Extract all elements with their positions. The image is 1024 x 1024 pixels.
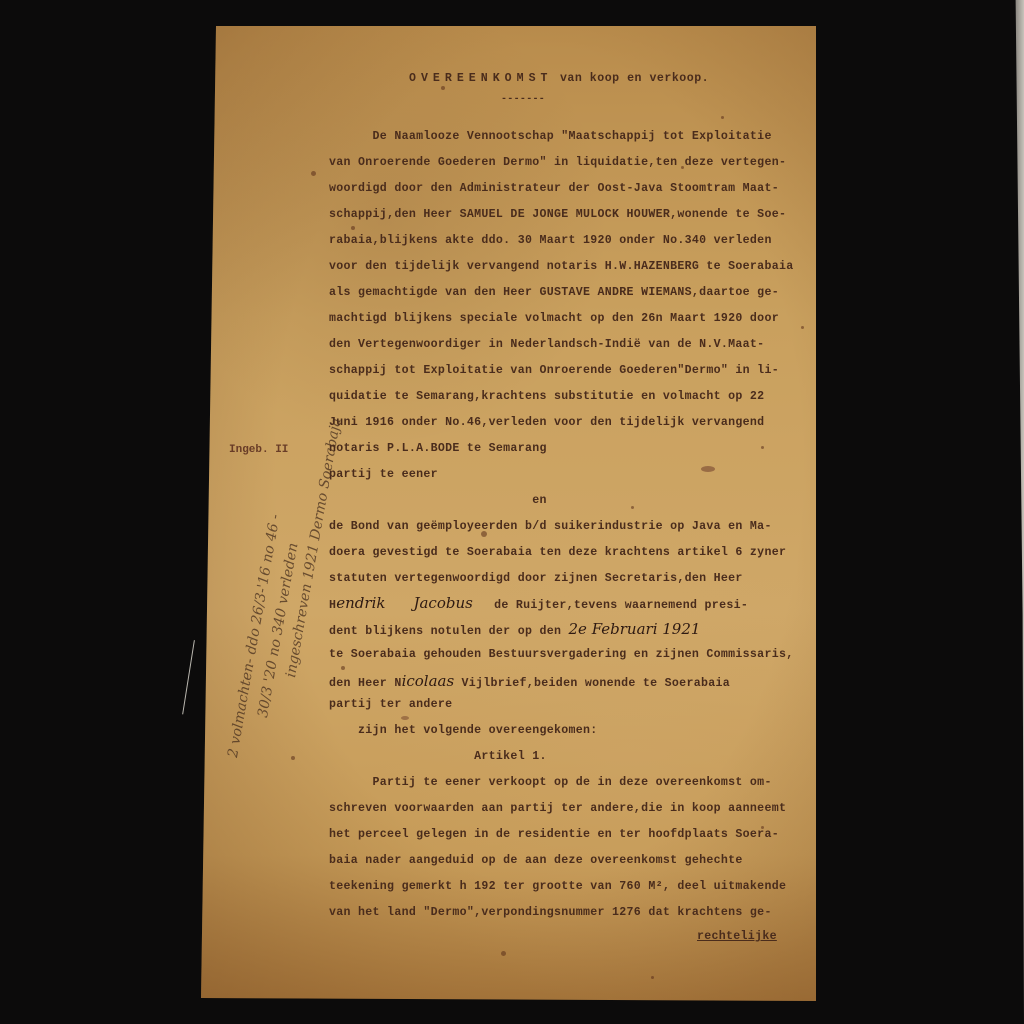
text-line: partij ter andere xyxy=(329,698,452,711)
text-line: zijn het volgende overeengekomen: xyxy=(329,724,598,737)
article-heading: Artikel 1. xyxy=(329,750,547,763)
text-line: de Bond van geëmployeerden b/d suikerind… xyxy=(329,520,772,533)
text-line-nicolaas: den Heer Nicolaas Vijlbrief,beiden wonen… xyxy=(329,672,730,690)
text-line: quidatie te Semarang,krachtens substitut… xyxy=(329,390,764,403)
handwritten-name: icolaas xyxy=(402,672,455,690)
text-line: De Naamlooze Vennootschap "Maatschappij … xyxy=(329,130,772,143)
handwritten-middle-name: Jacobus xyxy=(413,594,472,612)
title-underline: ------- xyxy=(501,94,545,105)
text-line: den Vertegenwoordiger in Nederlandsch-In… xyxy=(329,338,764,351)
text-line: rabaia,blijkens akte ddo. 30 Maart 1920 … xyxy=(329,234,772,247)
text-line: te Soerabaia gehouden Bestuursvergaderin… xyxy=(329,648,793,661)
text-line: doera gevestigd te Soerabaia ten deze kr… xyxy=(329,546,786,559)
text-line: voor den tijdelijk vervangend notaris H.… xyxy=(329,260,793,273)
text-line: schreven voorwaarden aan partij ter ande… xyxy=(329,802,786,815)
text-line: schappij tot Exploitatie van Onroerende … xyxy=(329,364,779,377)
text-line: het perceel gelegen in de residentie en … xyxy=(329,828,779,841)
text-line: machtigd blijkens speciale volmacht op d… xyxy=(329,312,779,325)
text-line: notaris P.L.A.BODE te Semarang xyxy=(329,442,547,455)
text-line: Juni 1916 onder No.46,verleden voor den … xyxy=(329,416,764,429)
text-line: van Onroerende Goederen Dermo" in liquid… xyxy=(329,156,786,169)
text-line: woordigd door den Administrateur der Oos… xyxy=(329,182,779,195)
text-line: als gemachtigde van den Heer GUSTAVE AND… xyxy=(329,286,779,299)
text-line: van het land "Dermo",verpondingsnummer 1… xyxy=(329,906,772,919)
document-title: OVEREENKOMST van koop en verkoop. xyxy=(409,72,709,85)
text-line: baia nader aangeduid op de aan deze over… xyxy=(329,854,743,867)
text-line: partij te eener xyxy=(329,468,438,481)
background-edge xyxy=(1010,0,1024,1024)
text-line: en xyxy=(329,494,547,507)
typed-text: OVEREENKOMST van koop en verkoop. ------… xyxy=(201,26,816,1001)
text-line: statuten vertegenwoordigd door zijnen Se… xyxy=(329,572,743,585)
text-line-hendrik: HendrikJacobus de Ruijter,tevens waarnem… xyxy=(329,594,748,612)
document-page: 2 volmachten- ddo 26/3-'16 no 46 - 30/3 … xyxy=(201,26,816,1001)
catchword: rechtelijke xyxy=(697,930,777,943)
handwritten-date: 2e Februari 1921 xyxy=(569,620,701,638)
text-line: Partij te eener verkoopt op de in deze o… xyxy=(329,776,772,789)
text-line: schappij,den Heer SAMUEL DE JONGE MULOCK… xyxy=(329,208,786,221)
loose-thread xyxy=(182,640,198,715)
text-line: teekening gemerkt h 192 ter grootte van … xyxy=(329,880,786,893)
handwritten-first-name: endrik xyxy=(336,594,385,612)
text-line-dent: dent blijkens notulen der op den 2e Febr… xyxy=(329,620,700,638)
